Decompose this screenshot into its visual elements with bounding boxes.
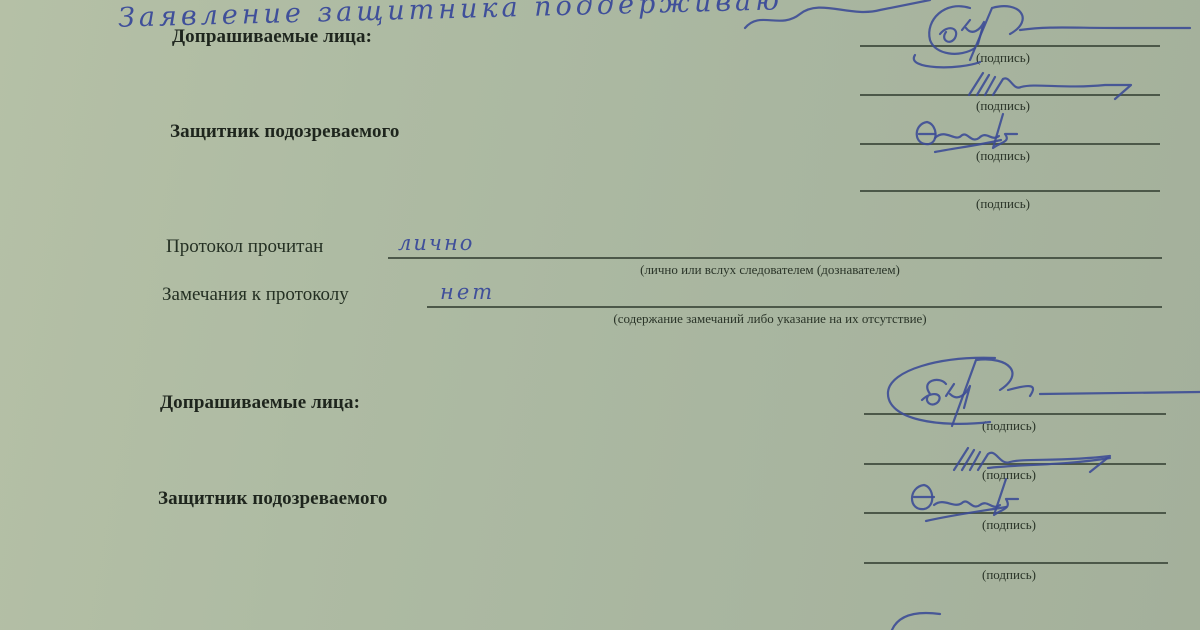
remarks-value: нет [440,280,495,304]
signature-line [860,190,1160,192]
remarks-line [427,306,1162,308]
signature-odinov-icon [902,475,1042,530]
protocol-read-line [388,257,1162,259]
defender-label-2: Защитник подозреваемого [158,488,387,510]
remarks-caption: (содержание замечаний либо указание на и… [613,311,926,327]
defender-label-1: Защитник подозреваемого [170,121,399,143]
remarks-label: Замечания к протоколу [162,284,349,306]
document-page: Заявление защитника поддерживаю Допрашив… [0,0,1200,630]
signature-caption: (подпись) [982,567,1036,583]
signature-line [864,562,1168,564]
signature-sokur-icon [900,0,1200,70]
protocol-read-caption: (лично или вслух следователем (дознавате… [640,262,900,278]
signature-shurov-icon [955,65,1145,105]
protocol-read-label: Протокол прочитан [166,236,323,258]
signature-sokur-icon [880,350,1200,440]
signature-odinov-icon [905,108,1035,158]
interviewees-label-1: Допрашиваемые лица: [172,26,372,48]
signature-partial-icon [880,608,1000,630]
interviewees-label-2: Допрашиваемые лица: [160,392,360,414]
signature-caption: (подпись) [976,196,1030,212]
signature-shurov-icon [940,438,1140,478]
protocol-read-value: лично [398,231,474,255]
